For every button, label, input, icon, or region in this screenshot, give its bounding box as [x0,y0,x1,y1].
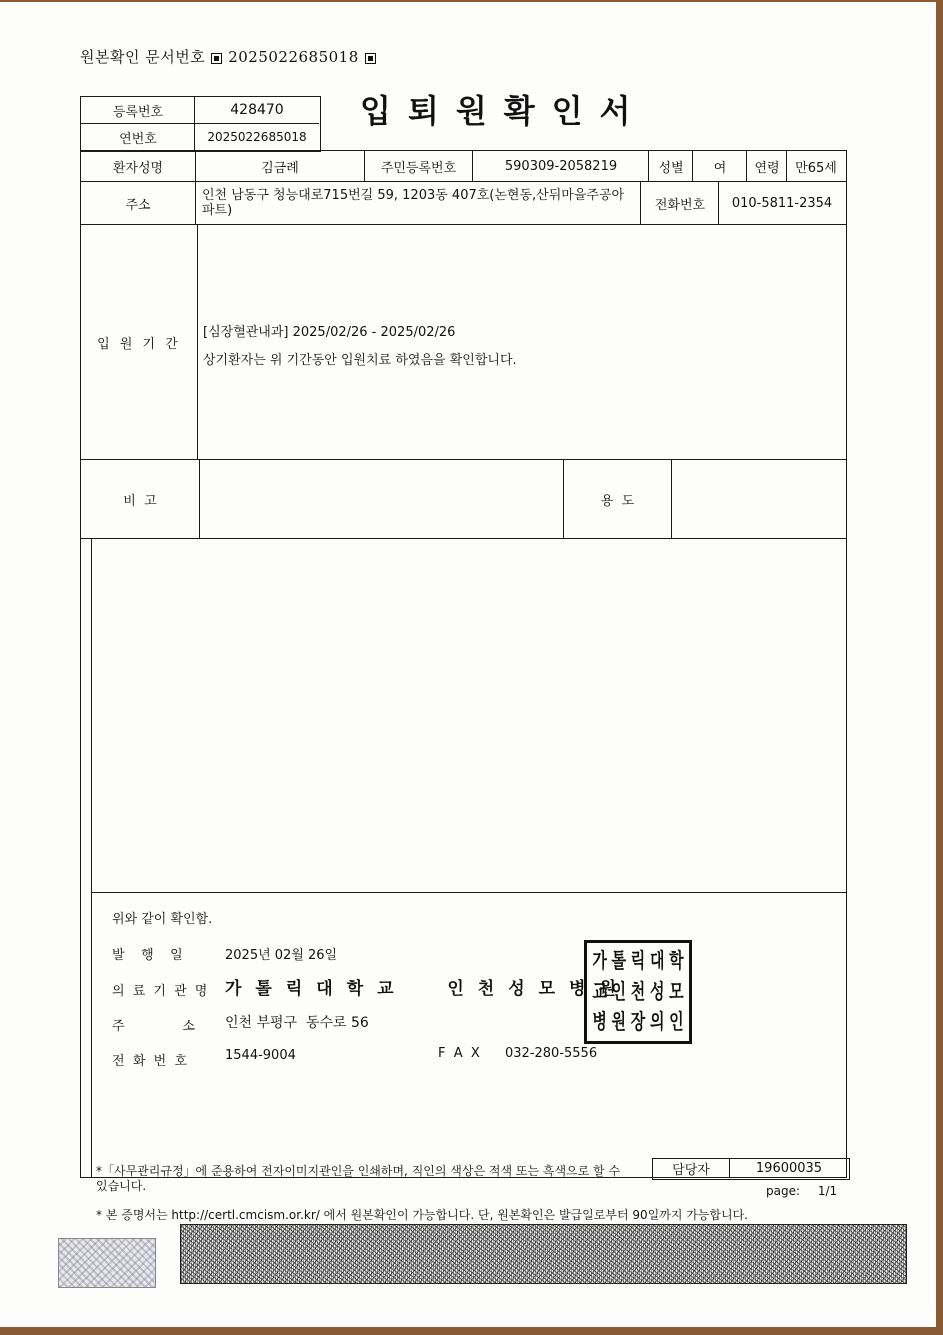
registration-table: 등록번호 428470 연번호 2025022685018 [80,96,321,152]
reg-no-label: 등록번호 [81,97,195,123]
staff-label: 담당자 [653,1159,729,1178]
purpose-value [672,460,845,538]
patient-name-label: 환자성명 [81,151,195,181]
verification-notice: * 본 증명서는 http://certl.cmcism.or.kr/ 에서 원… [96,1206,748,1223]
seal-notice-line-2: 있습니다. [96,1179,636,1194]
address-line-1: 인천 남동구 청능대로715번길 59, 1203동 407호(논현동,산뒤마을… [202,188,624,203]
issue-date-label: 발 행 일 [112,944,183,963]
seal-character: 의 [648,1002,667,1043]
certificate-page: 원본확인 문서번호2025022685018 등록번호 428470 연번호 2… [0,2,936,1327]
seal-character: 병 [590,1002,609,1043]
admission-period-label: 입 원 기 간 [81,225,197,459]
staff-box: 담당자 19600035 [652,1158,850,1180]
admission-period: [심장혈관내과] 2025/02/26 - 2025/02/26 [203,321,455,340]
institution-address-label: 주 소 [112,1015,195,1034]
rrn-label: 주민등록번호 [365,151,472,181]
confirm-text: 위와 같이 확인함. [112,908,212,927]
main-form-table: 환자성명 김금례 주민등록번호 590309-2058219 성별 여 연령 만… [80,150,847,1178]
page-label: page: [766,1184,800,1198]
doc-id-value: 2025022685018 [228,48,359,66]
2d-security-barcode [180,1224,907,1284]
address-label: 주소 [81,182,195,224]
seal-notice-line-1: *「사무관리규정」에 준용하여 전자이미지관인을 인쇄하며, 직인의 색상은 적… [96,1164,636,1179]
patient-name-value: 김금례 [196,151,364,181]
square-marker-icon [365,53,376,64]
patient-address: 인천 남동구 청능대로715번길 59, 1203동 407호(논현동,산뒤마을… [202,188,624,218]
staff-value: 19600035 [730,1159,848,1178]
admission-statement: 상기환자는 위 기간동안 입원치료 하였음을 확인합니다. [203,349,517,368]
rrn-value: 590309-2058219 [473,151,649,181]
issue-date-value: 2025년 02월 26일 [225,944,337,963]
institution-name: 가톨릭대학교 인천성모병원 [225,974,630,999]
doc-id-label: 원본확인 문서번호 [80,48,205,66]
reg-no-value: 428470 [195,97,319,123]
institution-label: 의 료 기 관 명 [112,980,209,999]
purpose-label: 용 도 [564,460,671,538]
institution-address: 인천 부평구 동수로 56 [225,1012,369,1032]
seal-character: 장 [628,1002,647,1043]
seal-notice: *「사무관리규정」에 준용하여 전자이미지관인을 인쇄하며, 직인의 색상은 적… [96,1164,636,1194]
phone-label: 전화번호 [641,182,719,224]
remarks-value [200,460,563,538]
seal-character: 인 [667,1002,686,1043]
fax-label: F A X [438,1046,480,1061]
sex-label: 성별 [649,151,693,181]
institution-phone-label: 전 화 번 호 [112,1050,187,1069]
serial-label: 연번호 [81,124,195,150]
page-value: 1/1 [818,1184,837,1198]
seal-character: 원 [609,1002,628,1043]
document-title: 입퇴원확인서 [360,86,647,132]
official-seal-stamp: 가톨릭대학교인천성모병원장의인 [584,940,692,1044]
age-label: 연령 [747,151,787,181]
fax-value: 032-280-5556 [505,1046,597,1061]
phone-value: 010-5811-2354 [719,182,845,224]
age-value: 만65세 [787,151,845,181]
address-line-2: 파트) [202,203,624,218]
remarks-label: 비 고 [81,460,199,538]
security-seal-image [58,1238,156,1288]
institution-phone: 1544-9004 [225,1048,296,1063]
serial-value: 2025022685018 [195,124,319,150]
original-doc-number: 원본확인 문서번호2025022685018 [80,46,382,67]
page-indicator: page: 1/1 [766,1184,837,1198]
sex-value: 여 [693,151,747,181]
square-marker-icon [211,53,222,64]
